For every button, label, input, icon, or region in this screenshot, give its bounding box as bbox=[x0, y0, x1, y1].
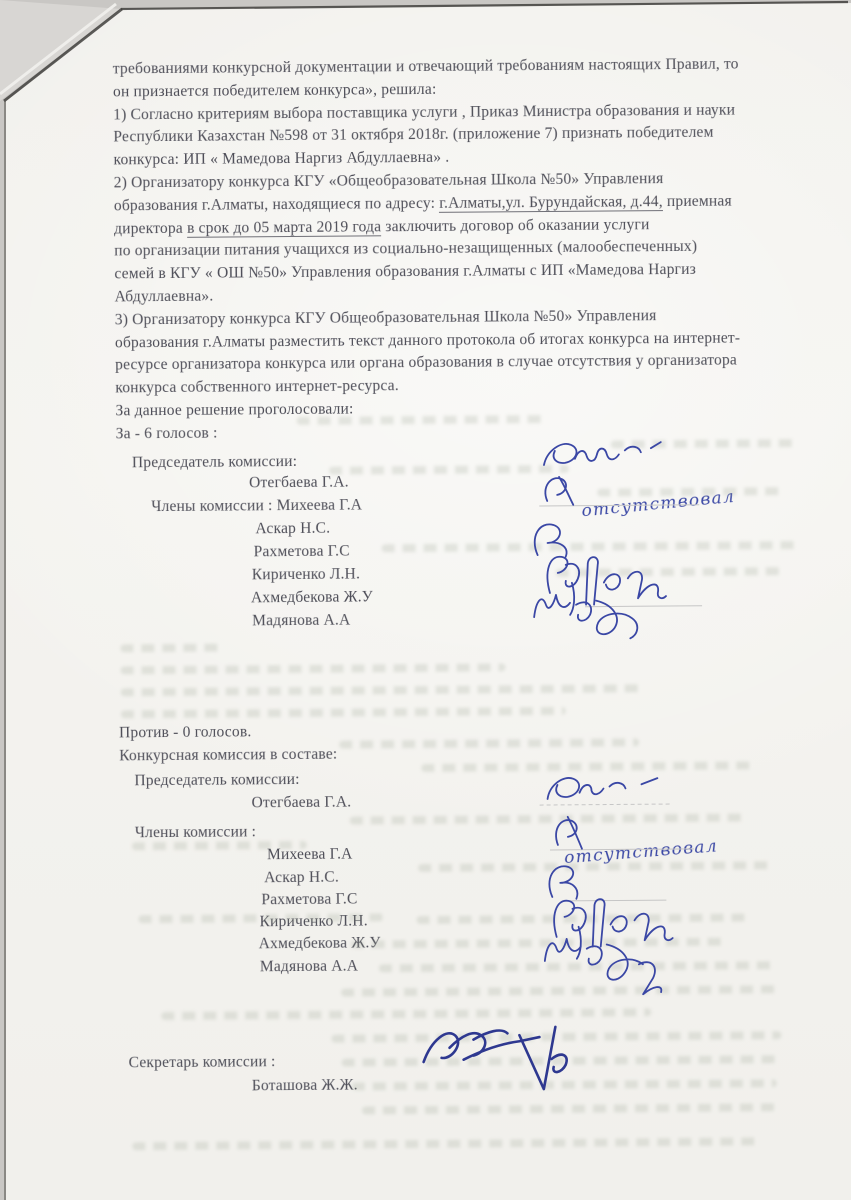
signature-ruled-line bbox=[539, 505, 699, 506]
signature-chair-2 bbox=[547, 777, 657, 799]
signature-member-1d bbox=[586, 557, 666, 605]
signature-member-2c bbox=[554, 901, 586, 959]
signature-secretary bbox=[423, 1027, 567, 1090]
signature-member-1b bbox=[535, 524, 567, 557]
page-content: требованиями конкурсной документации и о… bbox=[0, 0, 851, 1200]
signature-member-2d bbox=[592, 899, 672, 947]
signatures-layer bbox=[0, 0, 851, 1200]
signature-ruled-line bbox=[585, 606, 702, 607]
signature-member-2e bbox=[545, 938, 662, 995]
signature-ruled-line bbox=[550, 849, 694, 850]
signature-member-2a bbox=[556, 817, 582, 849]
scanned-document: { "page": { "colors": { "paper": "#f3f2e… bbox=[0, 0, 851, 1200]
signature-member-2b bbox=[549, 866, 577, 899]
signature-chair-1 bbox=[544, 442, 661, 465]
signature-member-1a bbox=[545, 477, 573, 505]
signature-ruled-line bbox=[562, 900, 666, 901]
signature-ruled-line bbox=[540, 804, 670, 805]
